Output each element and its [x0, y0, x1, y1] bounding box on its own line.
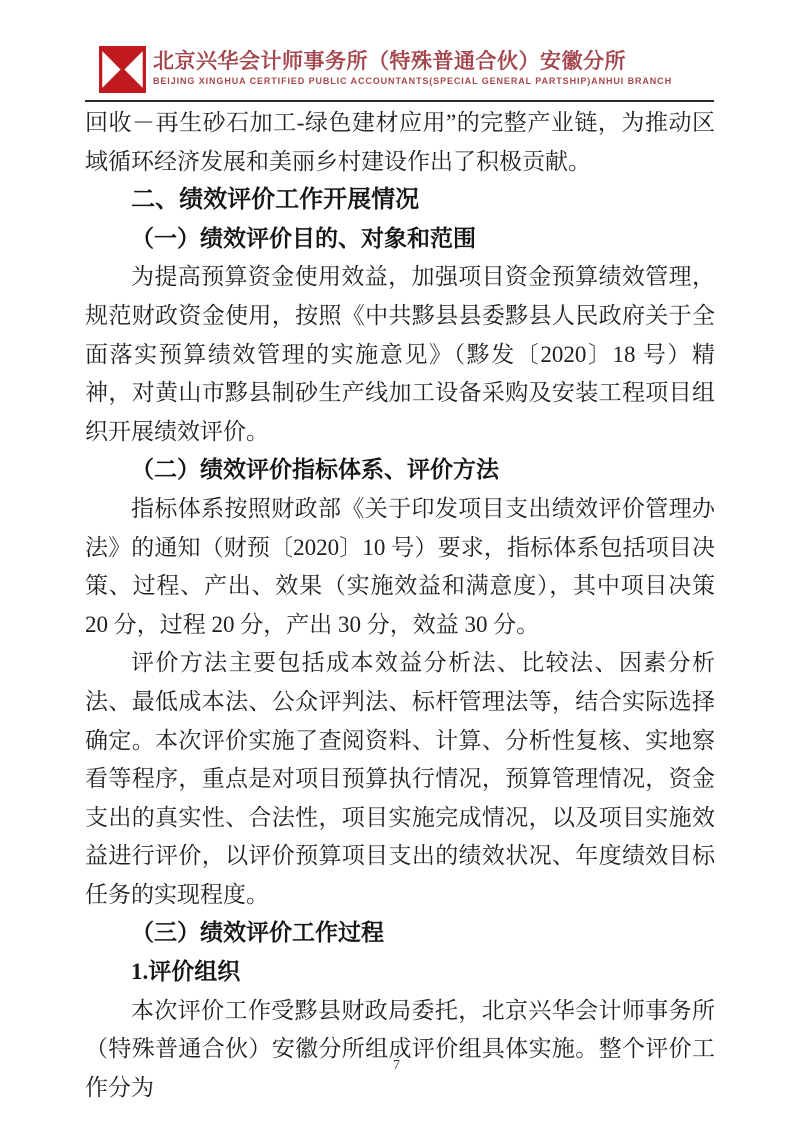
- subsection-heading-2-2: （二）绩效评价指标体系、评价方法: [85, 451, 715, 490]
- page-number: 7: [393, 1058, 400, 1073]
- xinghua-logo-icon: [99, 46, 146, 93]
- paragraph-continuation: 回收－再生砂石加工-绿色建材应用”的完整产业链，为推动区域循环经济发展和美丽乡村…: [85, 104, 715, 181]
- letterhead: 北京兴华会计师事务所（特殊普通合伙）安徽分所 BEIJING XINGHUA C…: [99, 46, 715, 93]
- firm-name-english: BEIJING XINGHUA CERTIFIED PUBLIC ACCOUNT…: [153, 75, 672, 88]
- paragraph: 为提高预算资金使用效益，加强项目资金预算绩效管理，规范财政资金使用，按照《中共黟…: [85, 258, 715, 451]
- header-divider: [85, 100, 714, 102]
- letterhead-titles: 北京兴华会计师事务所（特殊普通合伙）安徽分所 BEIJING XINGHUA C…: [153, 46, 672, 88]
- document-page: 北京兴华会计师事务所（特殊普通合伙）安徽分所 BEIJING XINGHUA C…: [0, 0, 793, 1122]
- subsection-heading-2-1: （一）绩效评价目的、对象和范围: [85, 220, 715, 259]
- page-footer: 7: [0, 1058, 793, 1074]
- document-body: 回收－再生砂石加工-绿色建材应用”的完整产业链，为推动区域循环经济发展和美丽乡村…: [85, 104, 715, 1107]
- section-heading-2: 二、绩效评价工作开展情况: [85, 181, 715, 220]
- paragraph: 本次评价工作受黟县财政局委托，北京兴华会计师事务所（特殊普通合伙）安徽分所组成评…: [85, 992, 715, 1108]
- subsection-heading-2-3: （三）绩效评价工作过程: [85, 914, 715, 953]
- paragraph: 评价方法主要包括成本效益分析法、比较法、因素分析法、最低成本法、公众评判法、标杆…: [85, 644, 715, 914]
- numbered-heading-1: 1.评价组织: [85, 953, 715, 992]
- paragraph: 指标体系按照财政部《关于印发项目支出绩效评价管理办法》的通知（财预〔2020〕1…: [85, 490, 715, 644]
- firm-name-chinese: 北京兴华会计师事务所（特殊普通合伙）安徽分所: [153, 49, 672, 75]
